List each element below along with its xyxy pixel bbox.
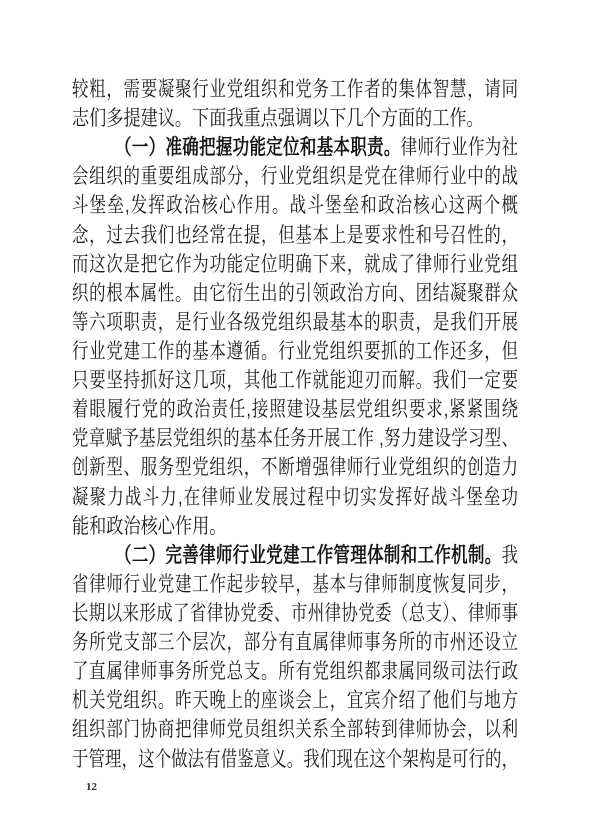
text-run: 念，过去我们也经常在提，但基本上是要求性和号召性的， [72, 224, 518, 247]
text-run: 机关党组织。昨天晚上的座谈会上，宜宾介绍了他们与地方 [72, 689, 518, 712]
text-line: 着眼履行党的政治责任,接照建设基层党组织要求,紧紧围绕 [72, 395, 518, 424]
text-run: 党章赋予基层党组织的基本任务开展工作 ,努力建设学习型、 [72, 427, 518, 450]
text-run: 斗堡垒,发挥政治核心作用。战斗堡垒和政治核心这两个概 [72, 194, 518, 217]
text-line: 凝聚力战斗力,在律师业发展过程中切实发挥好战斗堡垒功 [72, 483, 518, 512]
text-run: 较粗，需要凝聚行业党组织和党务工作者的集体智慧，请同 [72, 78, 518, 101]
text-run: 省律师行业党建工作起步较早，基本与律师制度恢复同步， [72, 573, 518, 596]
text-line: （一）准确把握功能定位和基本职责。律师行业作为社 [72, 133, 518, 162]
text-line: 组织部门协商把律师党员组织关系全部转到律师协会，以利 [72, 715, 518, 744]
text-line: 等六项职责，是行业各级党组织最基本的职责，是我们开展 [72, 308, 518, 337]
text-run: 我 [502, 544, 518, 567]
text-line: 了直属律师事务所党总支。所有党组织都隶属同级司法行政 [72, 657, 518, 686]
text-line: 务所党支部三个层次，部分有直属律师事务所的市州还设立 [72, 628, 518, 657]
text-run: 会组织的重要组成部分，行业党组织是党在律师行业中的战 [72, 165, 518, 188]
text-line: 织的根本属性。由它衍生出的引领政治方向、团结凝聚群众 [72, 279, 518, 308]
text-run: 组织部门协商把律师党员组织关系全部转到律师协会，以利 [72, 718, 518, 741]
text-run: 行业党建工作的基本遵循。行业党组织要抓的工作还多，但 [72, 340, 518, 363]
text-line: 党章赋予基层党组织的基本任务开展工作 ,努力建设学习型、 [72, 424, 518, 453]
text-run: 织的根本属性。由它衍生出的引领政治方向、团结凝聚群众 [72, 282, 518, 305]
text-line: 念，过去我们也经常在提，但基本上是要求性和号召性的， [72, 221, 518, 250]
text-line: 只要坚持抓好这几项，其他工作就能迎刃而解。我们一定要 [72, 366, 518, 395]
text-run: 而这次是把它作为功能定位明确下来，就成了律师行业党组 [72, 253, 518, 276]
document-body: 较粗，需要凝聚行业党组织和党务工作者的集体智慧，请同志们多提建议。下面我重点强调… [72, 75, 518, 774]
text-run: 律师行业作为社 [401, 136, 518, 159]
text-run: 等六项职责，是行业各级党组织最基本的职责，是我们开展 [72, 311, 518, 334]
text-run: 于管理，这个做法有借鉴意义。我们现在这个架构是可行的， [72, 748, 518, 771]
heading-bold-run: （二）完善律师行业党建工作管理体制和工作机制。 [115, 544, 502, 567]
text-run: 着眼履行党的政治责任,接照建设基层党组织要求,紧紧围绕 [72, 398, 518, 421]
text-line: 长期以来形成了省律协党委、市州律协党委（总支）、律师事 [72, 599, 518, 628]
text-line: 创新型、服务型党组织，不断增强律师行业党组织的创造力 [72, 453, 518, 482]
text-line: （二）完善律师行业党建工作管理体制和工作机制。我 [72, 541, 518, 570]
text-run: 志们多提建议。下面我重点强调以下几个方面的工作。 [72, 107, 484, 130]
page-number: 12 [86, 781, 97, 793]
text-line: 行业党建工作的基本遵循。行业党组织要抓的工作还多，但 [72, 337, 518, 366]
text-line: 于管理，这个做法有借鉴意义。我们现在这个架构是可行的， [72, 745, 518, 774]
text-run: 长期以来形成了省律协党委、市州律协党委（总支）、律师事 [72, 602, 518, 625]
text-run: 能和政治核心作用。 [72, 515, 226, 538]
text-line: 会组织的重要组成部分，行业党组织是党在律师行业中的战 [72, 162, 518, 191]
text-run: 了直属律师事务所党总支。所有党组织都隶属同级司法行政 [72, 660, 518, 683]
text-line: 而这次是把它作为功能定位明确下来，就成了律师行业党组 [72, 250, 518, 279]
document-page: 较粗，需要凝聚行业党组织和党务工作者的集体智慧，请同志们多提建议。下面我重点强调… [0, 0, 589, 840]
text-line: 能和政治核心作用。 [72, 512, 518, 541]
heading-bold-run: （一）准确把握功能定位和基本职责。 [115, 136, 401, 159]
text-run: 创新型、服务型党组织，不断增强律师行业党组织的创造力 [72, 456, 518, 479]
text-line: 斗堡垒,发挥政治核心作用。战斗堡垒和政治核心这两个概 [72, 191, 518, 220]
text-line: 机关党组织。昨天晚上的座谈会上，宜宾介绍了他们与地方 [72, 686, 518, 715]
text-line: 较粗，需要凝聚行业党组织和党务工作者的集体智慧，请同 [72, 75, 518, 104]
text-line: 志们多提建议。下面我重点强调以下几个方面的工作。 [72, 104, 518, 133]
text-run: 凝聚力战斗力,在律师业发展过程中切实发挥好战斗堡垒功 [72, 486, 518, 509]
text-run: 只要坚持抓好这几项，其他工作就能迎刃而解。我们一定要 [72, 369, 518, 392]
text-line: 省律师行业党建工作起步较早，基本与律师制度恢复同步， [72, 570, 518, 599]
text-run: 务所党支部三个层次，部分有直属律师事务所的市州还设立 [72, 631, 518, 654]
